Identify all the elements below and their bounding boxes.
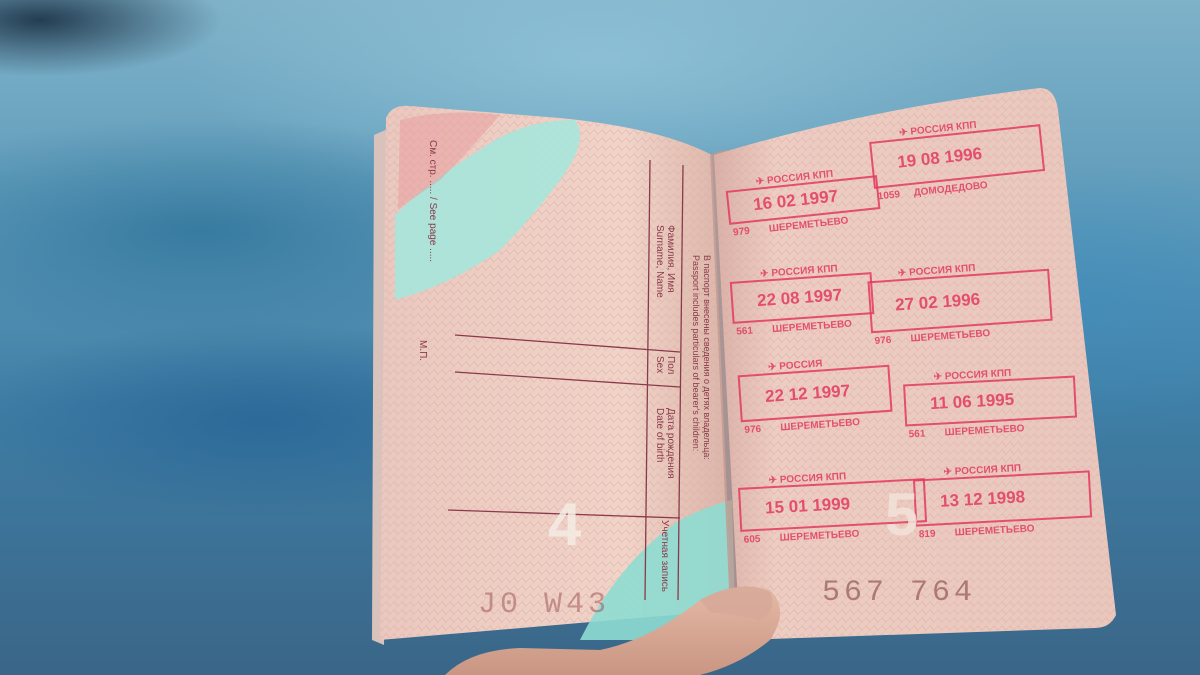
- column-sex-ru: Пол: [665, 356, 676, 375]
- perforated-number-right: 567 764: [822, 576, 976, 610]
- svg-text:605: 605: [743, 534, 761, 546]
- page-number-4: 4: [548, 491, 582, 558]
- header-ru: В паспорт внесены сведения о детях владе…: [702, 255, 712, 460]
- svg-text:819: 819: [919, 529, 937, 541]
- svg-text:976: 976: [744, 424, 762, 436]
- photo-scene: См. стр. ..... / See page ..... М.П. Фам…: [0, 0, 1200, 675]
- header-en: Passport includes particulars of bearer'…: [691, 255, 701, 451]
- left-page: См. стр. ..... / See page ..... М.П. Фам…: [380, 106, 735, 640]
- column-surname-en: Surname, Name: [654, 225, 665, 298]
- column-dob-en: Date of birth: [654, 408, 665, 462]
- svg-text:976: 976: [874, 335, 892, 347]
- mp-label: М.П.: [417, 340, 428, 361]
- see-page-label: См. стр. ..... / See page .....: [427, 140, 438, 262]
- page-number-5: 5: [885, 481, 918, 548]
- column-surname-ru: Фамилия, Имя: [665, 225, 676, 293]
- passport-illustration: См. стр. ..... / See page ..... М.П. Фам…: [0, 0, 1200, 675]
- svg-text:561: 561: [736, 325, 754, 337]
- svg-text:979: 979: [733, 226, 751, 239]
- right-page: ✈ РОССИЯ КПП16 02 1997979ШЕРЕМЕТЬЕВО✈ РО…: [714, 88, 1116, 640]
- perforated-number-left: J0 W43: [478, 588, 610, 622]
- column-sex-en: Sex: [654, 356, 665, 373]
- column-dob-ru: Дата рождения: [665, 408, 676, 479]
- svg-text:561: 561: [908, 428, 926, 440]
- footer-label: Учетная запись: [659, 520, 670, 592]
